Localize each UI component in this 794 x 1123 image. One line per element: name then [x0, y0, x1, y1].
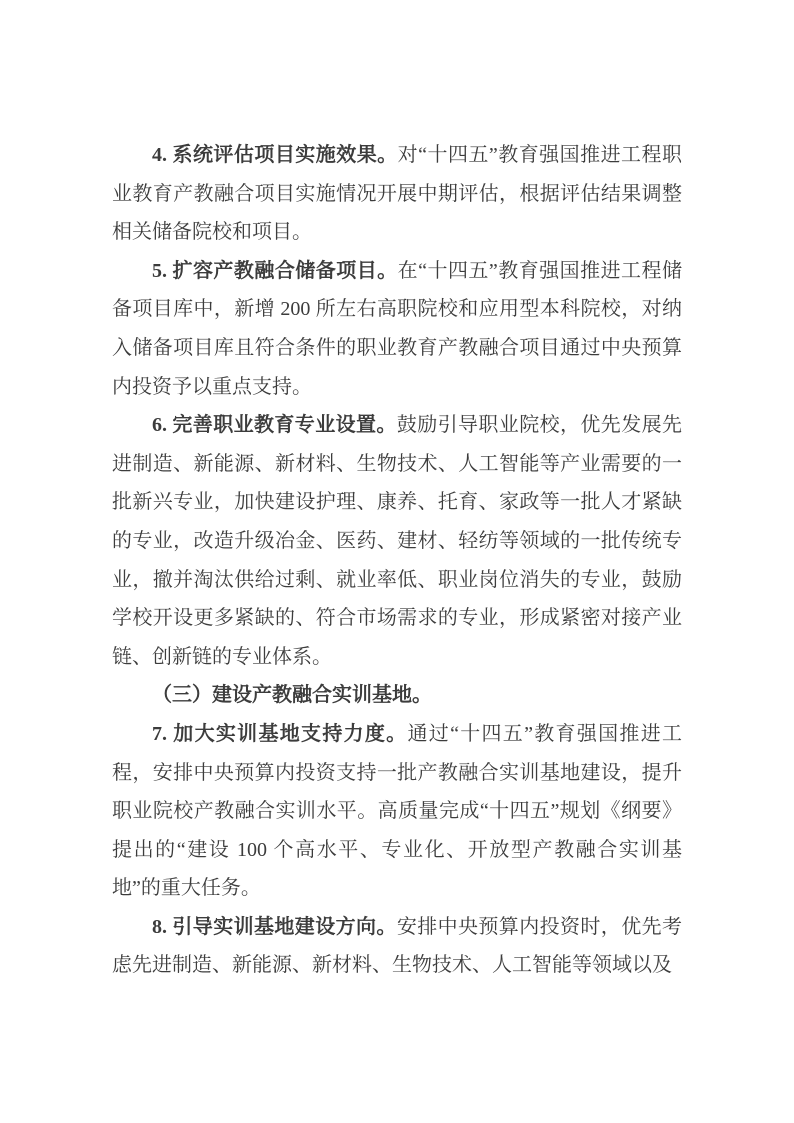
document-page: 4. 系统评估项目实施效果。对“十四五”教育强国推进工程职业教育产教融合项目实施… — [0, 0, 794, 1123]
paragraph-item-8: 8. 引导实训基地建设方向。安排中央预算内投资时，优先考虑先进制造、新能源、新材… — [112, 908, 682, 985]
paragraph-item-5: 5. 扩容产教融合储备项目。在“十四五”教育强国推进工程储备项目库中，新增 20… — [112, 252, 682, 406]
paragraph-item-6: 6. 完善职业教育专业设置。鼓励引导职业院校，优先发展先进制造、新能源、新材料、… — [112, 406, 682, 676]
paragraph-item-7: 7. 加大实训基地支持力度。通过“十四五”教育强国推进工程，安排中央预算内投资支… — [112, 715, 682, 908]
paragraph-item-4: 4. 系统评估项目实施效果。对“十四五”教育强国推进工程职业教育产教融合项目实施… — [112, 136, 682, 252]
section-heading-3-label: （三）建设产教融合实训基地。 — [152, 684, 432, 706]
document-content: 4. 系统评估项目实施效果。对“十四五”教育强国推进工程职业教育产教融合项目实施… — [112, 136, 682, 985]
paragraph-item-6-body: 鼓励引导职业院校，优先发展先进制造、新能源、新材料、生物技术、人工智能等产业需要… — [112, 414, 682, 668]
paragraph-item-5-lead: 5. 扩容产教融合储备项目。 — [152, 260, 398, 282]
paragraph-item-7-lead: 7. 加大实训基地支持力度。 — [152, 723, 407, 745]
paragraph-item-8-lead: 8. 引导实训基地建设方向。 — [152, 916, 397, 938]
paragraph-item-6-lead: 6. 完善职业教育专业设置。 — [152, 414, 397, 436]
paragraph-item-7-body: 通过“十四五”教育强国推进工程，安排中央预算内投资支持一批产教融合实训基地建设，… — [112, 723, 682, 899]
paragraph-item-4-lead: 4. 系统评估项目实施效果。 — [152, 144, 398, 166]
section-heading-3: （三）建设产教融合实训基地。 — [112, 676, 682, 715]
